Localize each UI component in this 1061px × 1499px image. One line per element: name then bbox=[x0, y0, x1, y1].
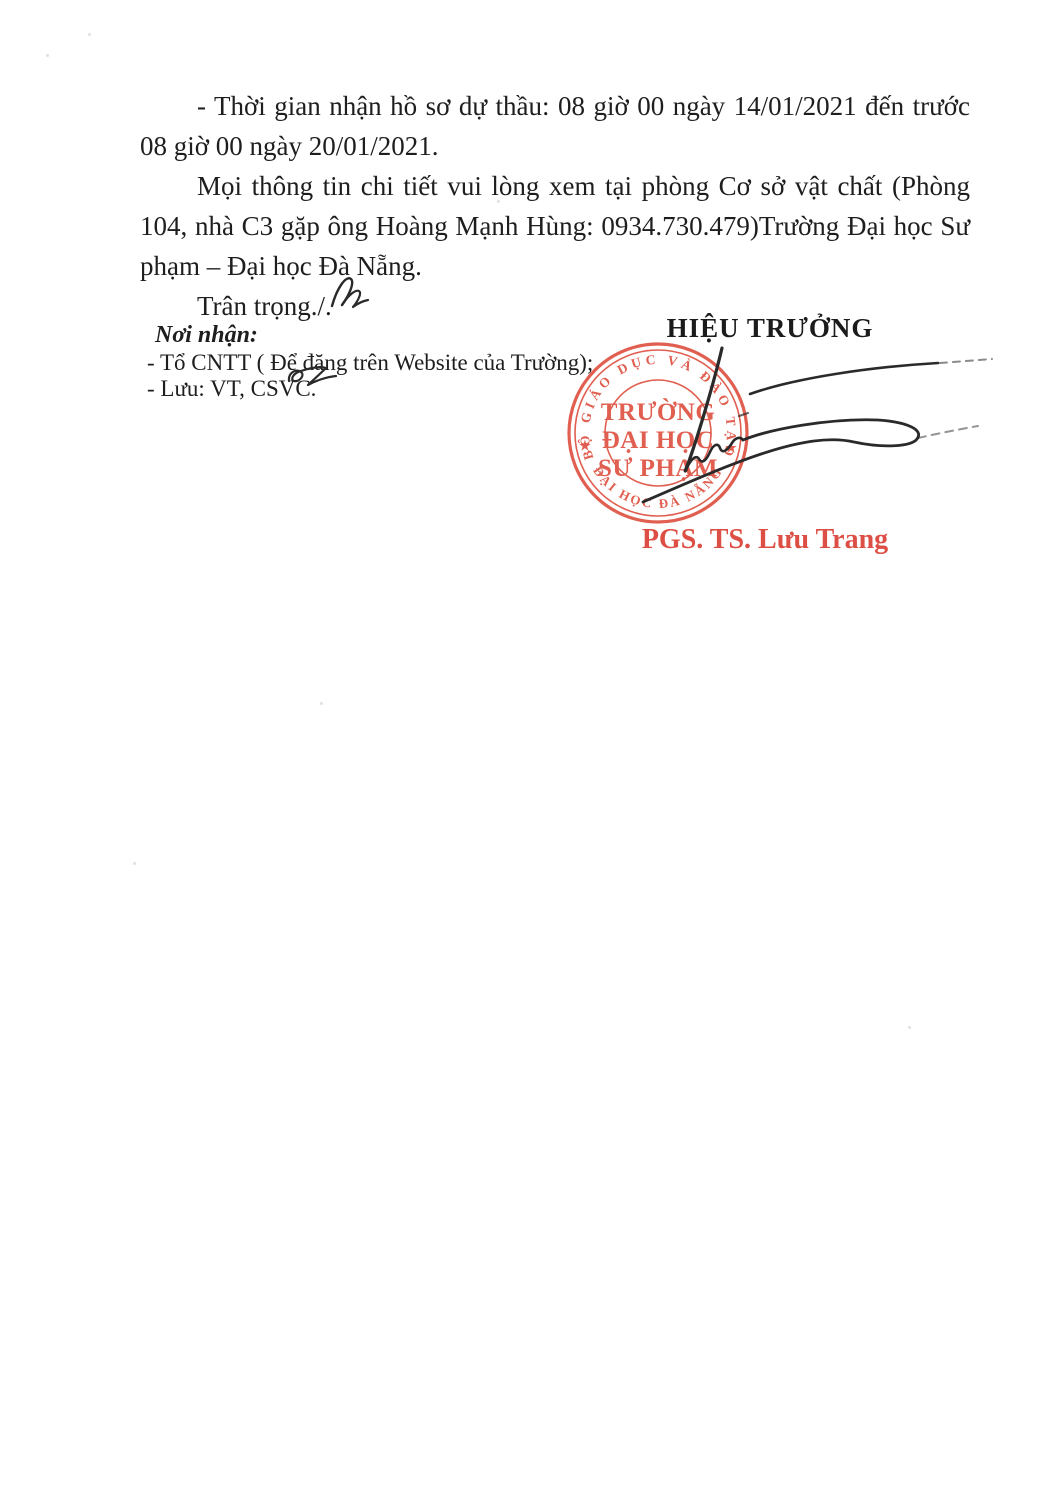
recipient-item: - Lưu: VT, CSVC. bbox=[147, 376, 627, 402]
scan-speck bbox=[320, 702, 323, 705]
signer-name: PGS. TS. Lưu Trang bbox=[630, 524, 900, 556]
stamp-center-line-2: ĐẠI HỌC bbox=[602, 427, 715, 454]
stamp-right-star-icon: ★ bbox=[725, 440, 737, 455]
university-stamp: BỘ GIÁO DỤC VÀ ĐÀO TẠO ĐẠI HỌC ĐÀ NẴNG ★… bbox=[563, 338, 753, 528]
paragraph-bid-deadline: - Thời gian nhận hồ sơ dự thầu: 08 giờ 0… bbox=[140, 86, 970, 166]
stamp-center-line-1: TRƯỜNG bbox=[601, 398, 716, 426]
recipients-heading: Nơi nhận: bbox=[155, 322, 627, 348]
scan-speck bbox=[133, 862, 136, 865]
scan-speck bbox=[88, 33, 91, 36]
recipient-item: - Tổ CNTT ( Để đăng trên Website của Trư… bbox=[147, 350, 627, 376]
recipients-block: Nơi nhận: - Tổ CNTT ( Để đăng trên Websi… bbox=[147, 322, 627, 402]
paragraph-contact-info: Mọi thông tin chi tiết vui lòng xem tại … bbox=[140, 166, 970, 286]
scan-speck bbox=[46, 54, 49, 57]
letter-page: - Thời gian nhận hồ sơ dự thầu: 08 giờ 0… bbox=[0, 0, 1061, 1499]
stamp-center-line-3: SƯ PHẠM bbox=[598, 455, 718, 482]
letter-body: - Thời gian nhận hồ sơ dự thầu: 08 giờ 0… bbox=[140, 86, 970, 326]
stamp-graphic: BỘ GIÁO DỤC VÀ ĐÀO TẠO ĐẠI HỌC ĐÀ NẴNG ★… bbox=[563, 338, 753, 528]
stamp-left-star-icon: ★ bbox=[579, 438, 591, 453]
scan-speck bbox=[908, 1026, 911, 1029]
